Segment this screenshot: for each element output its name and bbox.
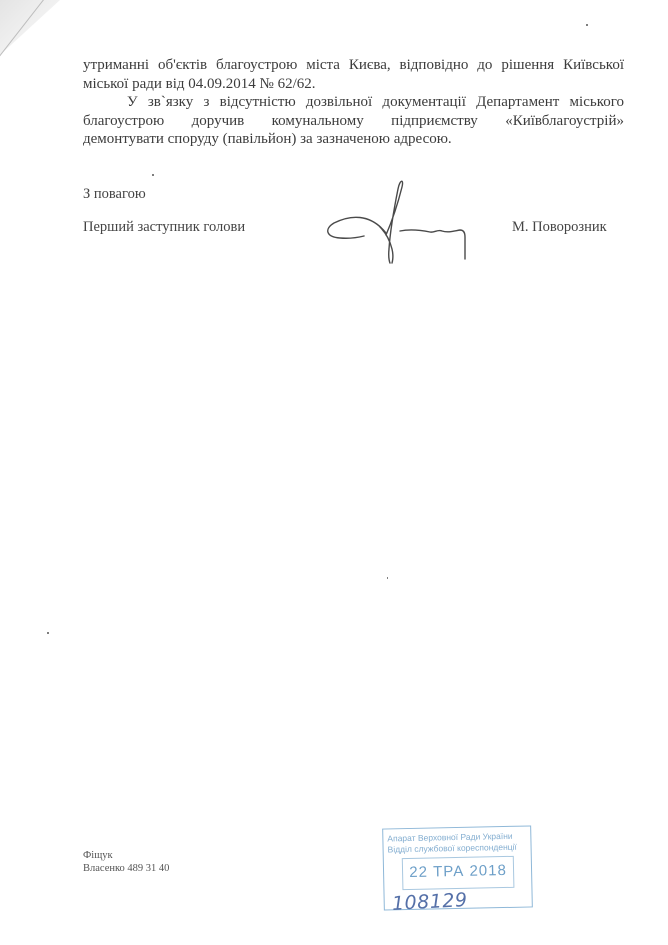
scan-speck xyxy=(586,24,588,26)
body-line: міської ради від 04.09.2014 № 62/62. xyxy=(83,75,624,94)
scan-speck xyxy=(47,632,49,634)
signatory-name: М. Поворозник xyxy=(512,219,607,236)
stamp-date: 22 ТРА 2018 xyxy=(403,862,513,881)
stamp-date-box: 22 ТРА 2018 xyxy=(402,856,515,890)
body-line: утриманні об'єктів благоустрою міста Киє… xyxy=(83,56,624,75)
executor-line: Фіщук xyxy=(83,849,169,862)
folded-page-corner xyxy=(0,0,60,55)
handwritten-signature xyxy=(320,175,480,265)
paragraph-1: утриманні об'єктів благоустрою міста Киє… xyxy=(83,56,624,93)
closing-text: З повагою xyxy=(83,186,146,203)
signatory-title: Перший заступник голови xyxy=(83,219,245,236)
letter-body: утриманні об'єктів благоустрою міста Киє… xyxy=(83,56,624,149)
body-line: благоустрою доручив комунальному підприє… xyxy=(83,112,624,131)
scan-speck xyxy=(152,174,154,176)
registration-number: 108129 xyxy=(391,889,468,915)
executor-line: Власенко 489 31 40 xyxy=(83,862,169,875)
body-line: демонтувати споруду (павільйон) за зазна… xyxy=(83,130,624,149)
paragraph-2: У зв`язку з відсутністю дозвільної докум… xyxy=(83,93,624,149)
stamp-department: Відділ службової кореспонденції xyxy=(387,842,516,855)
executor-info: Фіщук Власенко 489 31 40 xyxy=(83,849,169,875)
scan-speck xyxy=(387,577,388,579)
body-line: У зв`язку з відсутністю дозвільної докум… xyxy=(83,93,624,112)
